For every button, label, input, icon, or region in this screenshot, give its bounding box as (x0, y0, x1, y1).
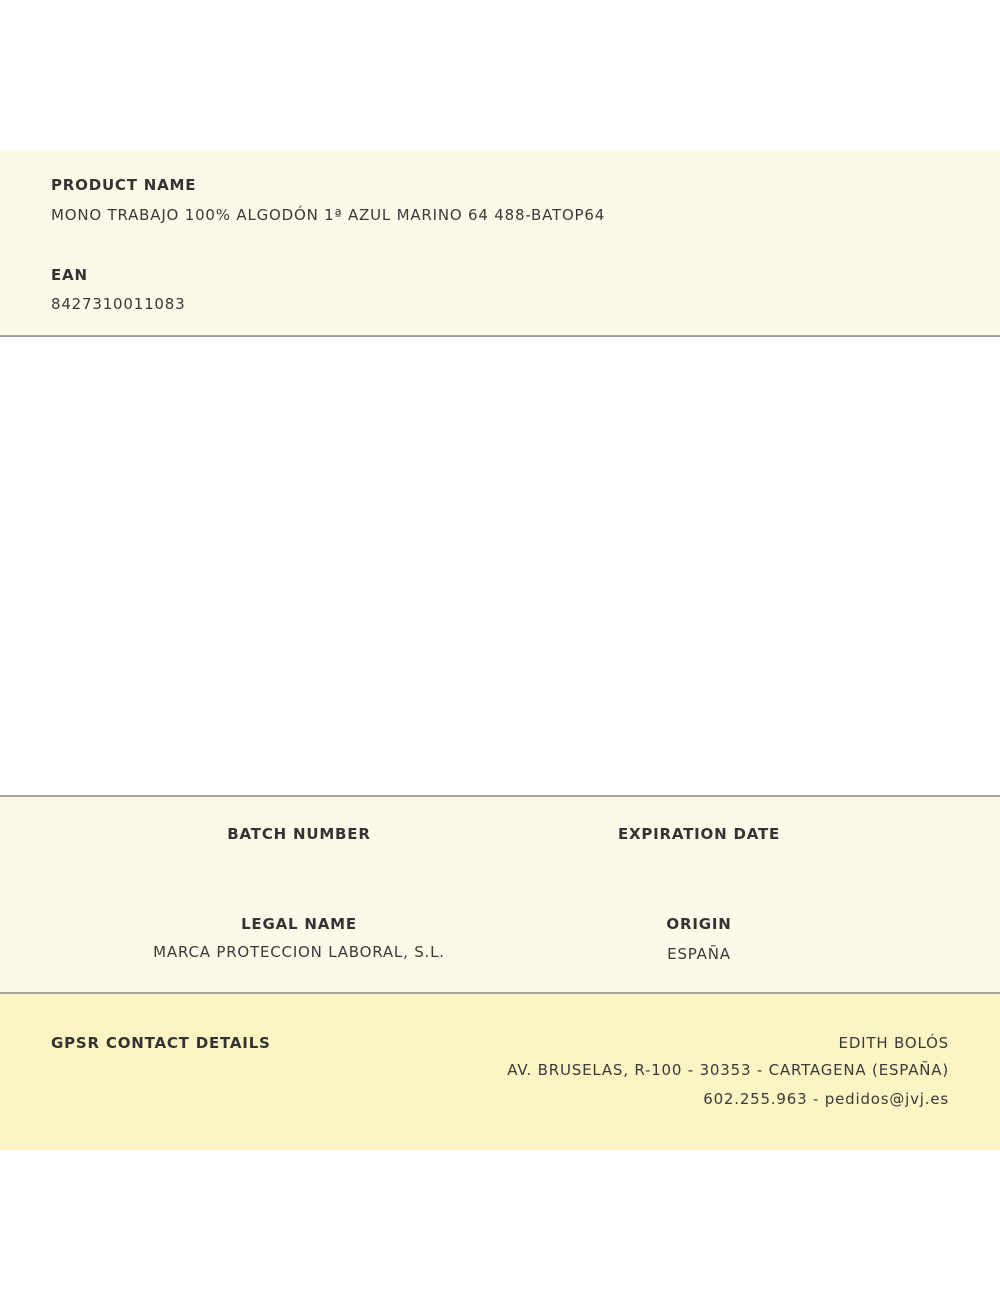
product-meta-section: BATCH NUMBER EXPIRATION DATE LEGAL NAME … (0, 795, 1000, 994)
ean-value: 8427310011083 (51, 295, 185, 313)
gpsr-contact-section: GPSR CONTACT DETAILS EDITH BOLÓS AV. BRU… (0, 994, 1000, 1150)
origin-value: ESPAÑA (667, 945, 731, 963)
product-name-label: PRODUCT NAME (51, 176, 196, 194)
product-info-section: PRODUCT NAME MONO TRABAJO 100% ALGODÓN 1… (0, 150, 1000, 337)
origin-label: ORIGIN (666, 915, 731, 933)
contact-address: AV. BRUSELAS, R-100 - 30353 - CARTAGENA … (507, 1061, 949, 1079)
legal-name-value: MARCA PROTECCION LABORAL, S.L. (153, 943, 445, 961)
expiration-date-label: EXPIRATION DATE (618, 825, 780, 843)
gpsr-contact-label: GPSR CONTACT DETAILS (51, 1034, 271, 1052)
contact-name: EDITH BOLÓS (839, 1034, 949, 1052)
product-name-value: MONO TRABAJO 100% ALGODÓN 1ª AZUL MARINO… (51, 206, 605, 224)
batch-number-label: BATCH NUMBER (227, 825, 370, 843)
contact-phone-email: 602.255.963 - pedidos@jvj.es (703, 1090, 949, 1108)
ean-label: EAN (51, 266, 88, 284)
legal-name-label: LEGAL NAME (241, 915, 357, 933)
